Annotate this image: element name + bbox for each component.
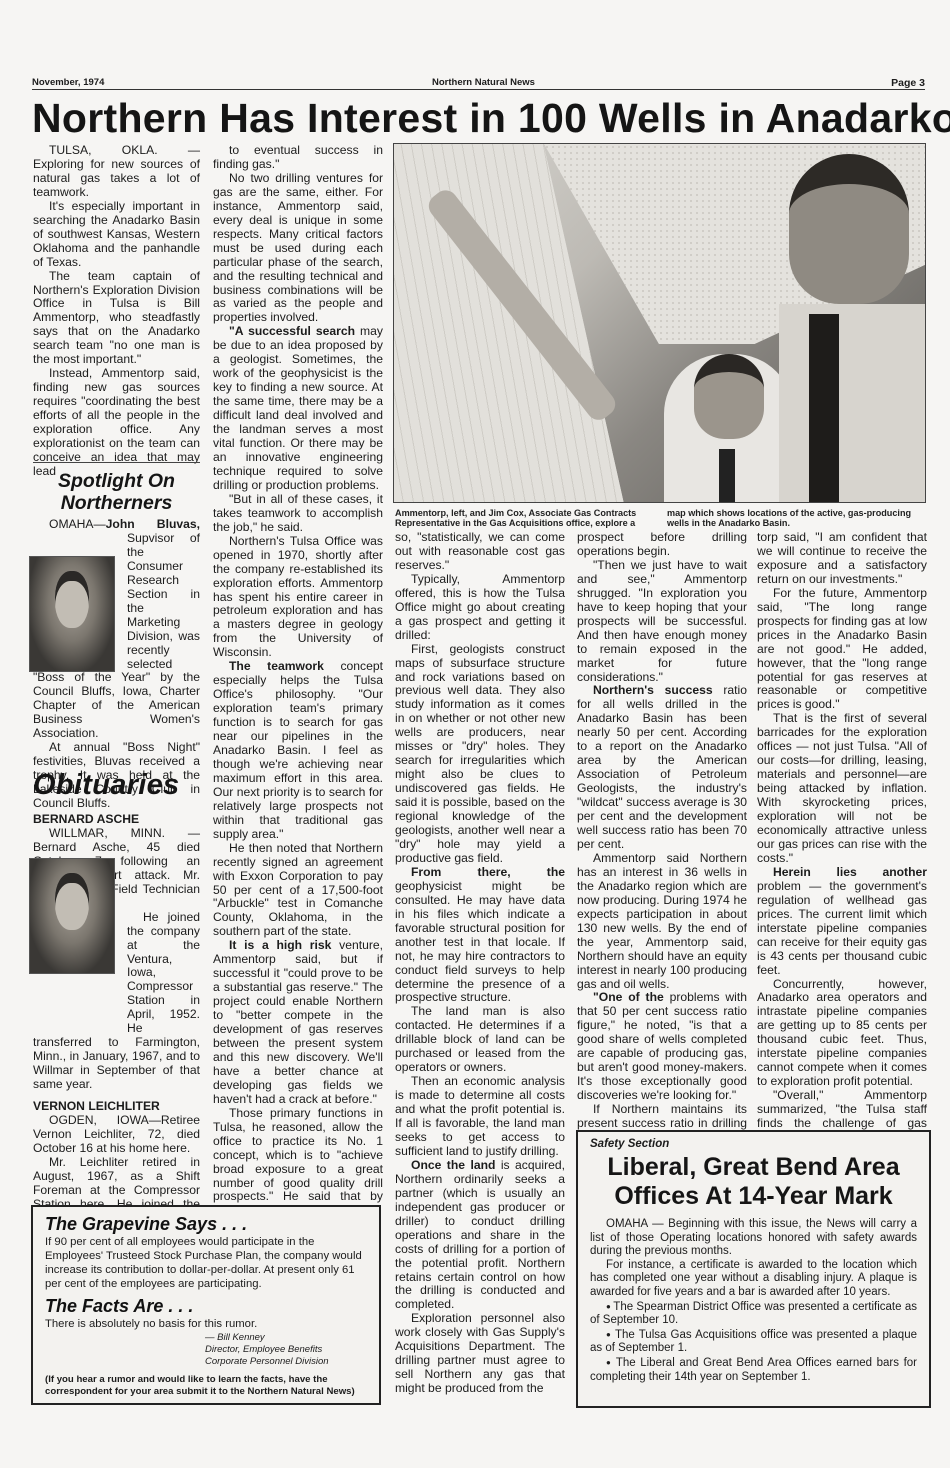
signature-name: — Bill Kenney [205,1332,367,1344]
safety-bullet: The Liberal and Great Bend Area Offices … [590,1356,917,1384]
story-paragraph: It's especially important in searching t… [33,200,200,270]
signature: — Bill Kenney Director, Employee Benefit… [205,1332,367,1368]
story-paragraph: Northern's Tulsa Office was opened in 19… [213,535,383,661]
safety-headline: Liberal, Great Bend Area Offices At 14-Y… [590,1153,917,1211]
facts-title: The Facts Are . . . [45,1295,367,1317]
masthead: November, 1974 Northern Natural News Pag… [32,76,925,90]
story-paragraph: TULSA, OKLA. — Exploring for new sources… [33,144,200,200]
story-paragraph: Exploration personnel also work closely … [395,1312,565,1396]
photo-caption-part2: map which shows locations of the active,… [667,508,927,528]
facts-text: There is absolutely no basis for this ru… [45,1317,367,1331]
page-number: Page 3 [891,77,925,89]
story-paragraph: Ammentorp said Northern has an interest … [577,852,747,992]
section-divider [33,462,200,463]
story-paragraph: Typically, Ammentorp offered, this is ho… [395,573,565,643]
safety-headline-line2: Offices At 14-Year Mark [590,1182,917,1211]
story-paragraph: He then noted that Northern recently sig… [213,842,383,940]
story-paragraph: Those primary functions in Tulsa, he rea… [213,1107,383,1219]
lead-in: Northern's success [593,683,713,697]
story-column-5: torp said, "I am confident that we will … [757,531,927,1145]
lead-in: "One of the [593,990,664,1004]
story-paragraph: Herein lies another problem — the govern… [757,866,927,978]
lead-in: Once the land [411,1158,495,1172]
story-paragraph: From there, the geophysicist might be co… [395,866,565,1006]
safety-box: Safety Section Liberal, Great Bend Area … [576,1130,931,1408]
lead-in: "A successful search [229,324,355,338]
story-paragraph: Then an economic analysis is made to det… [395,1075,565,1159]
person-name: John Bluvas, [106,517,200,531]
signature-division: Corporate Personnel Division [205,1356,367,1368]
spotlight-title-line1: Spotlight On [33,470,200,492]
grapevine-box: The Grapevine Says . . . If 90 per cent … [31,1205,381,1405]
story-paragraph: No two drilling ventures for gas are the… [213,172,383,325]
obituary-name: VERNON LEICHLITER [33,1100,200,1114]
safety-paragraph: For instance, a certificate is awarded t… [590,1259,917,1300]
story-column-2: to eventual success in finding gas."No t… [213,144,383,1218]
issue-date: November, 1974 [32,77,104,88]
asche-portrait [29,858,115,974]
spotlight-title-line2: Northerners [33,492,200,514]
grapevine-title: The Grapevine Says . . . [45,1213,367,1235]
lead-in: From there, the [411,865,565,879]
story-paragraph: Concurrently, however, Anadarko area ope… [757,978,927,1090]
story-paragraph: For the future, Ammentorp said, "The lon… [757,587,927,713]
story-paragraph: torp said, "I am confident that we will … [757,531,927,587]
story-paragraph: Northern's success ratio for all wells d… [577,684,747,851]
person-ammentorp [664,354,794,503]
obituary-text: OGDEN, IOWA—Retiree Vernon Leichliter, 7… [33,1114,200,1156]
story-paragraph: to eventual success in finding gas." [213,144,383,172]
rumor-text: If 90 per cent of all employees would pa… [45,1235,367,1291]
obituary-name: BERNARD ASCHE [33,813,200,827]
safety-bullet: The Spearman District Office was present… [590,1300,917,1328]
spotlight-title: Spotlight On Northerners [33,470,200,514]
signature-title: Director, Employee Benefits [205,1344,367,1356]
story-paragraph: "One of the problems with that 50 per ce… [577,991,747,1103]
story-paragraph: First, geologists construct maps of subs… [395,643,565,866]
story-paragraph: "A successful search may be due to an id… [213,325,383,492]
publication-name: Northern Natural News [432,77,535,88]
story-paragraph: It is a high risk venture, Ammentorp sai… [213,939,383,1106]
story-paragraph: prospect before drilling operations begi… [577,531,747,559]
story-paragraph: "But in all of these cases, it takes tea… [213,493,383,535]
story-paragraph: The team captain of Northern's Explorati… [33,270,200,368]
lead-in: Herein lies another [773,865,927,879]
story-paragraph: so, "statistically, we can come out with… [395,531,565,573]
safety-bullet: The Tulsa Gas Acquisitions office was pr… [590,1328,917,1356]
bluvas-portrait [29,556,115,672]
lead-in: It is a high risk [229,938,331,952]
story-paragraph: That is the first of several barricades … [757,712,927,865]
grapevine-note: (If you hear a rumor and would like to l… [45,1374,367,1398]
story-column-3: so, "statistically, we can come out with… [395,531,565,1396]
story-column-4: prospect before drilling operations begi… [577,531,747,1145]
story-paragraph: "Then we just have to wait and see," Amm… [577,559,747,685]
photo-caption-part1: Ammentorp, left, and Jim Cox, Associate … [395,508,657,528]
story-column-1: TULSA, OKLA. — Exploring for new sources… [33,144,200,479]
safety-kicker: Safety Section [590,1138,917,1150]
safety-paragraph: OMAHA — Beginning with this issue, the N… [590,1218,917,1259]
obituaries-title: Obituaries [33,769,179,802]
lead-in: The teamwork [229,659,324,673]
person-jim-cox [779,154,926,503]
story-paragraph: The teamwork concept especially helps th… [213,660,383,841]
story-photo [393,143,926,503]
story-paragraph: Once the land is acquired, Northern ordi… [395,1159,565,1312]
story-paragraph: The land man is also contacted. He deter… [395,1005,565,1075]
main-headline: Northern Has Interest in 100 Wells in An… [32,95,925,141]
dateline: OMAHA— [49,517,106,531]
safety-headline-line1: Liberal, Great Bend Area [590,1153,917,1182]
